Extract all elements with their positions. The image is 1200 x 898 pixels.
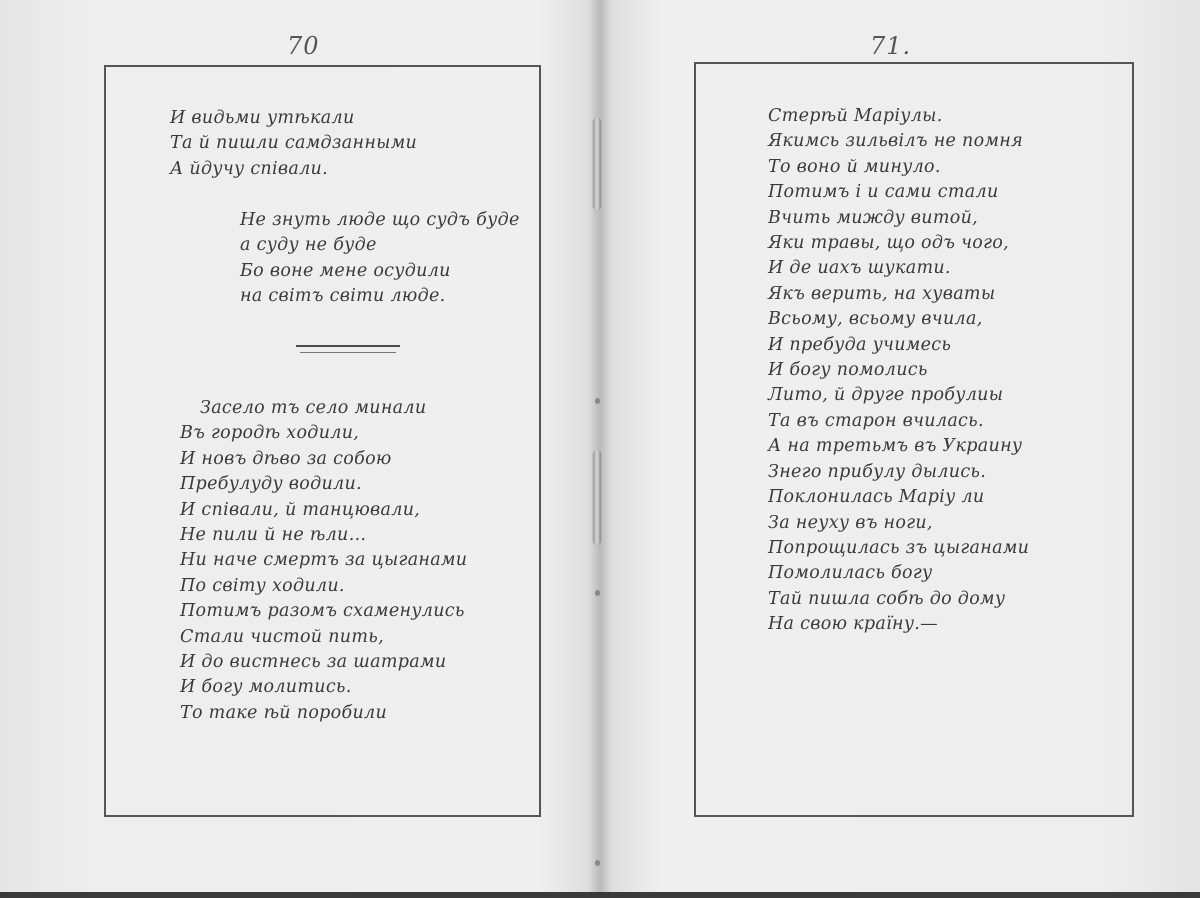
verse-line: Поклонилась Маріу ли xyxy=(768,485,1029,510)
verse-line: По світу ходили. xyxy=(180,574,467,599)
verse-line: Ни наче смертъ за цыганами xyxy=(180,548,467,573)
verse-line: То воно й минуло. xyxy=(768,155,1029,180)
verse-line: Знего прибулу дылись. xyxy=(768,460,1029,485)
verse-line: И до вистнесь за шатрами xyxy=(180,650,467,675)
right-page-text: Стерѣй Маріулы. Якимсь зильвілъ не помня… xyxy=(768,104,1029,638)
verse-line: И де иахъ шукати. xyxy=(768,256,1029,281)
verse-line: Та въ старон вчилась. xyxy=(768,409,1029,434)
verse-line: За неуху въ ноги, xyxy=(768,511,1029,536)
verse-line: Попрощилась зъ цыганами xyxy=(768,536,1029,561)
left-stanza-3: Засело тъ село минали Въ городѣ ходили, … xyxy=(180,396,467,726)
verse-line: На свою країну.— xyxy=(768,612,1029,637)
left-page-number: 70 xyxy=(287,32,320,60)
verse-line: Стали чистой пить, xyxy=(180,625,467,650)
section-divider xyxy=(300,352,396,353)
binding-hole xyxy=(595,590,600,596)
verse-line: И новъ дѣво за собою xyxy=(180,447,467,472)
verse-line: Лито, й друге пробулиы xyxy=(768,383,1029,408)
verse-line: Яки травы, що одъ чого, xyxy=(768,231,1029,256)
section-divider xyxy=(296,345,400,347)
binding-stitch-top xyxy=(593,118,601,210)
verse-line: И співали, й танцювали, xyxy=(180,498,467,523)
notebook-spread: 70 И видьми утѣкали Та й пишли самдзанны… xyxy=(0,0,1200,898)
left-stanza-2: Не знуть люде що судъ буде а суду не буд… xyxy=(240,208,520,310)
verse-line: Бо воне мене осудили xyxy=(240,259,520,284)
verse-line: Пребулуду водили. xyxy=(180,472,467,497)
verse-line: А йдучу співали. xyxy=(170,157,417,182)
verse-line: То таке ѣй поробили xyxy=(180,701,467,726)
right-page-number: 71. xyxy=(870,32,911,60)
verse-line: Всьому, всьому вчила, xyxy=(768,307,1029,332)
binding-hole xyxy=(595,860,600,866)
verse-line: Потимъ разомъ схаменулись xyxy=(180,599,467,624)
verse-line: Не знуть люде що судъ буде xyxy=(240,208,520,233)
verse-line: Та й пишли самдзанными xyxy=(170,131,417,156)
verse-line: Не пили й не ѣли… xyxy=(180,523,467,548)
verse-line: Помолилась богу xyxy=(768,561,1029,586)
book-cover-edge xyxy=(0,892,1200,898)
verse-line: на світъ світи люде. xyxy=(240,284,520,309)
binding-hole xyxy=(595,398,600,404)
verse-line: а суду не буде xyxy=(240,233,520,258)
verse-line: Вчить мижду витой, xyxy=(768,206,1029,231)
verse-line: И пребуда учимесь xyxy=(768,333,1029,358)
verse-line: И богу помолись xyxy=(768,358,1029,383)
verse-line: Потимъ і и сами стали xyxy=(768,180,1029,205)
verse-line: Якимсь зильвілъ не помня xyxy=(768,129,1029,154)
verse-line: И видьми утѣкали xyxy=(170,106,417,131)
verse-line: Тай пишла собѣ до дому xyxy=(768,587,1029,612)
verse-line: Засело тъ село минали xyxy=(180,396,467,421)
verse-line: Стерѣй Маріулы. xyxy=(768,104,1029,129)
verse-line: Якъ верить, на хуваты xyxy=(768,282,1029,307)
left-stanza-1: И видьми утѣкали Та й пишли самдзанными … xyxy=(170,106,417,182)
verse-line: И богу молитись. xyxy=(180,675,467,700)
verse-line: Въ городѣ ходили, xyxy=(180,421,467,446)
verse-line: А на третьмъ въ Украину xyxy=(768,434,1029,459)
binding-stitch-bottom xyxy=(593,450,601,545)
